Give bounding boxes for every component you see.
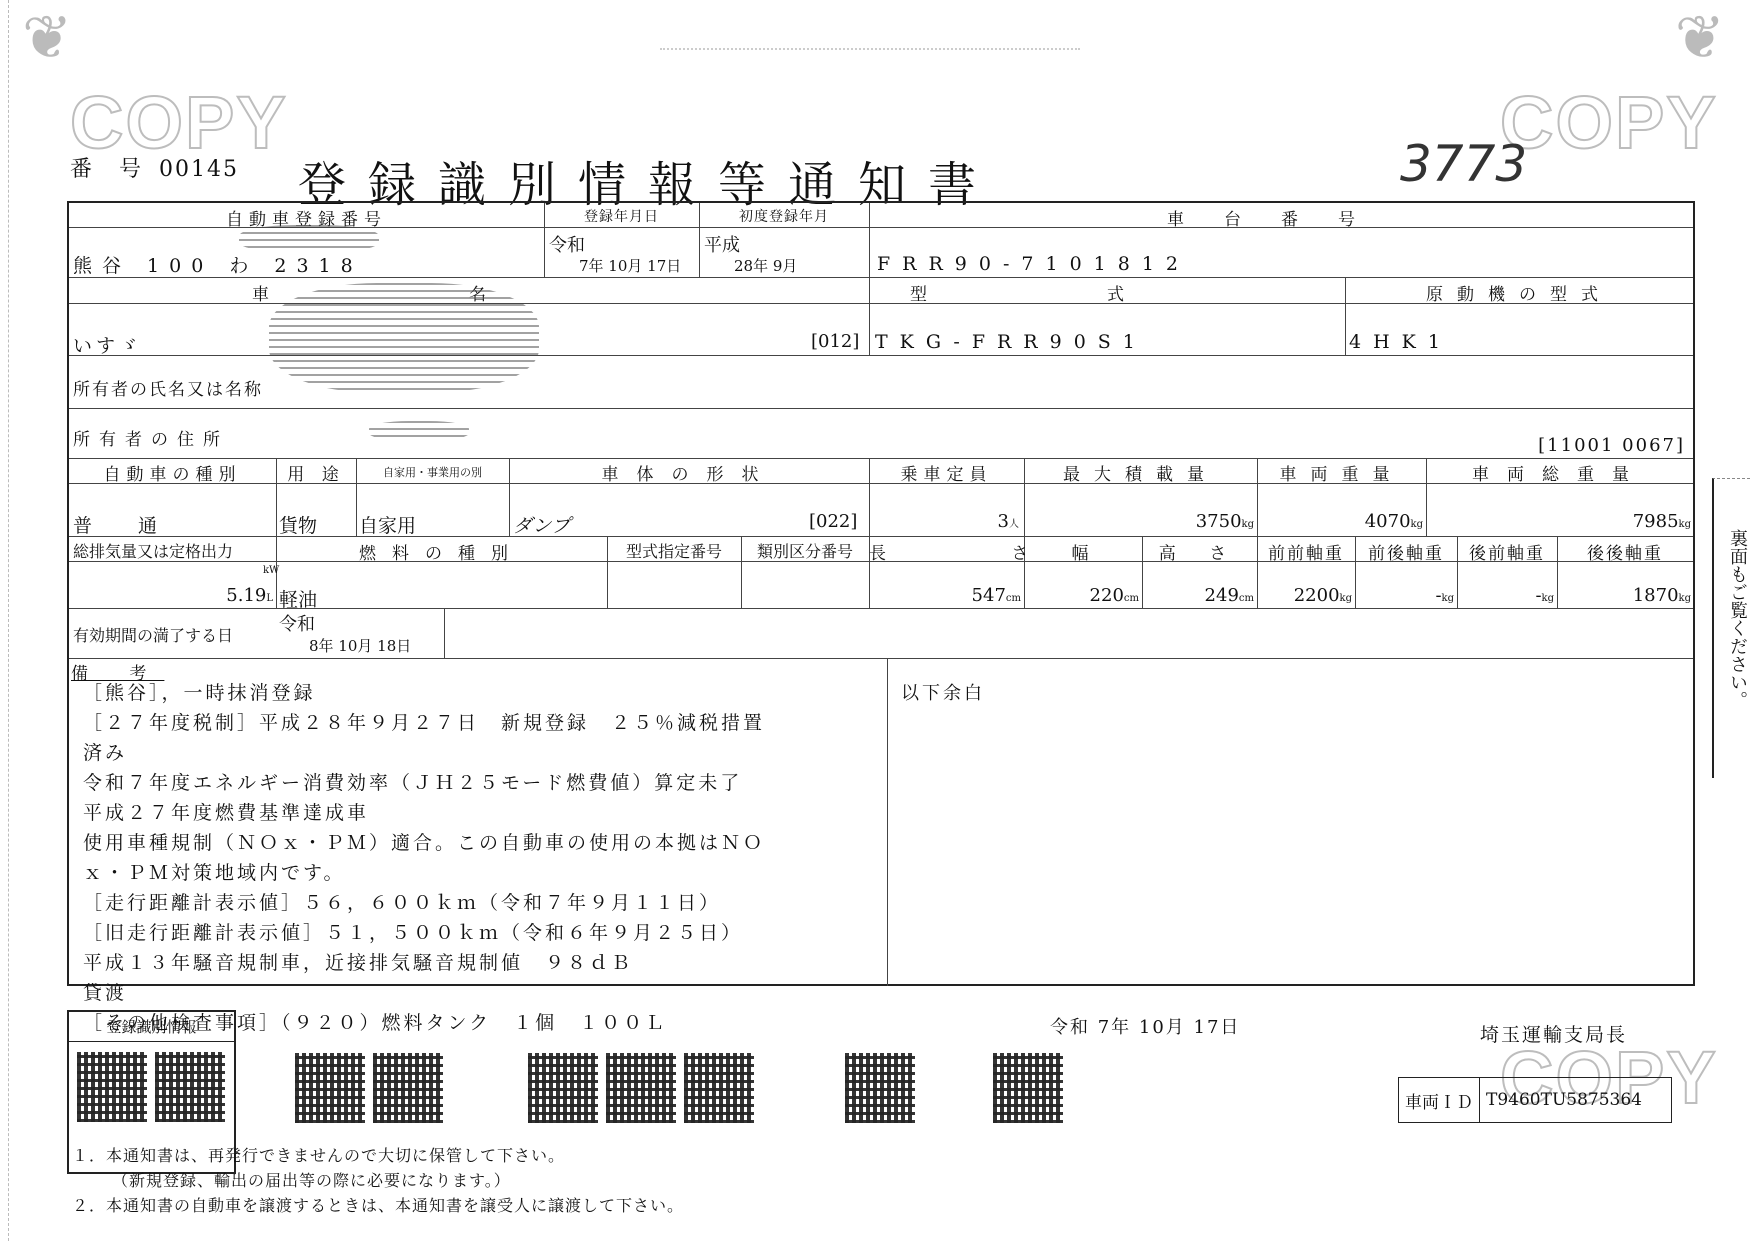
redaction xyxy=(239,225,379,253)
displacement-label: 総排気量又は定格出力 xyxy=(73,539,233,562)
vehicle-id-box: 車両ＩＤ T9460TU5875364 xyxy=(1398,1077,1672,1123)
plate-value: 熊谷 100 わ 2318 xyxy=(73,251,363,278)
body-label: 車体の形状 xyxy=(509,460,869,485)
model-label: 型式 xyxy=(869,280,1345,305)
remarks-line: ［熊谷］，一時抹消登録 xyxy=(83,678,765,708)
rf-axle-label: 後前軸重 xyxy=(1457,539,1557,564)
vehicle-name-code: [012] xyxy=(811,331,859,352)
remarks-line: 平成２７年度燃費基準達成車 xyxy=(83,798,765,828)
chassis-value: FRR90-7101812 xyxy=(877,253,1190,275)
remarks-line: 平成１３年騒音規制車，近接排気騒音規制値 ９８ｄＢ xyxy=(83,948,765,978)
number-label: 番 号 xyxy=(70,157,151,182)
fuel-value: 軽油 xyxy=(279,585,317,612)
width-value: 220cm xyxy=(1024,585,1139,606)
engine-label: 原動機の型式 xyxy=(1345,280,1693,305)
height-label: 高 さ xyxy=(1142,539,1257,564)
capacity-value: 3人 xyxy=(869,511,1019,532)
qr-group xyxy=(295,1053,443,1123)
first-reg-era: 平成 xyxy=(704,231,740,257)
remarks-line: 使用車種規制（ＮＯｘ・ＰＭ）適合。この自動車の使用の本拠はＮＯ xyxy=(83,828,765,858)
max-load-value: 3750kg xyxy=(1024,511,1254,532)
qr-code-icon xyxy=(993,1053,1063,1123)
displacement-value: 5.19L xyxy=(69,585,273,606)
capacity-label: 乗車定員 xyxy=(869,460,1024,485)
category-label: 類別区分番号 xyxy=(741,539,869,562)
qr-code-icon xyxy=(684,1053,754,1123)
id-info-label: 登録識別情報 xyxy=(69,1012,234,1042)
redaction xyxy=(269,283,539,393)
use-label: 用 途 xyxy=(276,460,356,485)
qr-group xyxy=(845,1053,915,1123)
owner-name-label: 所有者の氏名又は名称 xyxy=(73,375,263,400)
rr-axle-label: 後後軸重 xyxy=(1557,539,1693,564)
redaction xyxy=(369,421,469,441)
model-value: TKG-FRR90S1 xyxy=(875,331,1147,353)
fr-axle-value: -kg xyxy=(1355,585,1454,606)
qr-group xyxy=(528,1053,754,1123)
body-value: ダンプ xyxy=(513,511,570,538)
fuel-label: 燃料の種別 xyxy=(276,539,607,564)
registration-table: 自動車登録番号 登録年月日 初度登録年月 車台番号 熊谷 100 わ 2318 … xyxy=(67,201,1695,986)
max-load-label: 最大積載量 xyxy=(1024,460,1257,485)
qr-code-icon xyxy=(155,1052,225,1122)
remarks-line: 済み xyxy=(83,738,765,768)
footer-note-1: １．本通知書は、再発行できませんので大切に保管して下さい。 xyxy=(72,1143,565,1166)
validity-date: 8年 10月 18日 xyxy=(309,635,411,656)
footer-note-2: ２．本通知書の自動車を譲渡するときは、本通知書を譲受人に譲渡して下さい。 xyxy=(72,1193,684,1216)
qr-code-icon xyxy=(528,1053,598,1123)
gross-label: 車両総重量 xyxy=(1426,460,1693,485)
registered-label: 登録年月日 xyxy=(544,206,699,226)
vehicle-id-value: T9460TU5875364 xyxy=(1480,1078,1648,1122)
copy-watermark: COPY xyxy=(1500,80,1718,165)
remarks-line: 令和７年度エネルギー消費効率（ＪＨ２５モード燃費値）算定未了 xyxy=(83,768,765,798)
chassis-label: 車台番号 xyxy=(869,205,1693,230)
private-label: 自家用・事業用の別 xyxy=(356,464,509,480)
owner-address-label: 所有者の住所 xyxy=(73,425,229,450)
rr-axle-value: 1870kg xyxy=(1557,585,1691,606)
use-value: 貨物 xyxy=(279,511,317,538)
top-ornament xyxy=(660,8,1080,50)
document-number: 番 号00145 xyxy=(70,152,239,183)
width-label: 幅 xyxy=(1024,539,1142,564)
kw-unit: kW xyxy=(263,565,279,576)
remarks-line: ［２７年度税制］平成２８年９月２７日 新規登録 ２５％減税措置 xyxy=(83,708,765,738)
number-value: 00145 xyxy=(159,157,239,182)
page-edge xyxy=(8,0,10,1241)
weight-value: 4070kg xyxy=(1257,511,1423,532)
footer-note-1b: （新規登録、輸出の届出等の際に必要になります。） xyxy=(112,1168,511,1191)
ff-axle-label: 前前軸重 xyxy=(1257,539,1355,564)
vehicle-name: いすゞ xyxy=(73,331,142,358)
qr-code-icon xyxy=(77,1052,147,1122)
registered-era: 令和 xyxy=(549,231,585,257)
issue-date: 令和 7年 10月 17日 xyxy=(1050,1013,1240,1039)
remarks-line: 貸渡 xyxy=(83,978,765,1008)
validity-label: 有効期間の満了する日 xyxy=(73,623,233,646)
remarks-line: ［走行距離計表示値］５６，６００ｋｍ（令和７年９月１１日） xyxy=(83,888,765,918)
issuer: 埼玉運輸支局長 xyxy=(1480,1020,1627,1047)
handwritten-note: 3773 xyxy=(1400,135,1527,193)
gross-value: 7985kg xyxy=(1426,511,1691,532)
qr-code-icon xyxy=(373,1053,443,1123)
length-label: 長 さ xyxy=(869,539,1024,564)
corner-ornament-icon: ❦ xyxy=(1675,8,1725,68)
validity-era: 令和 xyxy=(279,610,315,636)
ff-axle-value: 2200kg xyxy=(1257,585,1352,606)
body-code: [022] xyxy=(809,511,857,532)
height-value: 249cm xyxy=(1142,585,1254,606)
remarks-list: ［熊谷］，一時抹消登録［２７年度税制］平成２８年９月２７日 新規登録 ２５％減税… xyxy=(83,678,765,1038)
qr-group xyxy=(993,1053,1063,1123)
corner-ornament-icon: ❦ xyxy=(22,8,72,68)
remarks-right-text: 以下余白 xyxy=(901,679,985,705)
weight-label: 車両重量 xyxy=(1257,460,1426,485)
type-approval-label: 型式指定番号 xyxy=(607,539,741,562)
qr-code-icon xyxy=(295,1053,365,1123)
remarks-line: ｘ・ＰＭ対策地域内です。 xyxy=(83,858,765,888)
kind-label: 自動車の種別 xyxy=(69,460,276,485)
fr-axle-label: 前後軸重 xyxy=(1355,539,1457,564)
qr-code-icon xyxy=(845,1053,915,1123)
first-reg-label: 初度登録年月 xyxy=(699,206,869,226)
registered-date: 7年 10月 17日 xyxy=(579,255,681,276)
length-value: 547cm xyxy=(869,585,1021,606)
first-reg-date: 28年 9月 xyxy=(734,255,797,276)
vehicle-id-label: 車両ＩＤ xyxy=(1399,1078,1480,1122)
qr-code-icon xyxy=(606,1053,676,1123)
rf-axle-value: -kg xyxy=(1457,585,1554,606)
engine-value: 4HK1 xyxy=(1349,331,1452,353)
private-value: 自家用 xyxy=(359,511,416,538)
remarks-line: ［旧走行距離計表示値］５１，５００ｋｍ（令和６年９月２５日） xyxy=(83,918,765,948)
address-code: [11001 0067] xyxy=(1538,435,1685,456)
side-note: 裏面もご覧ください。 xyxy=(1712,478,1750,778)
kind-value: 普 通 xyxy=(73,511,177,538)
